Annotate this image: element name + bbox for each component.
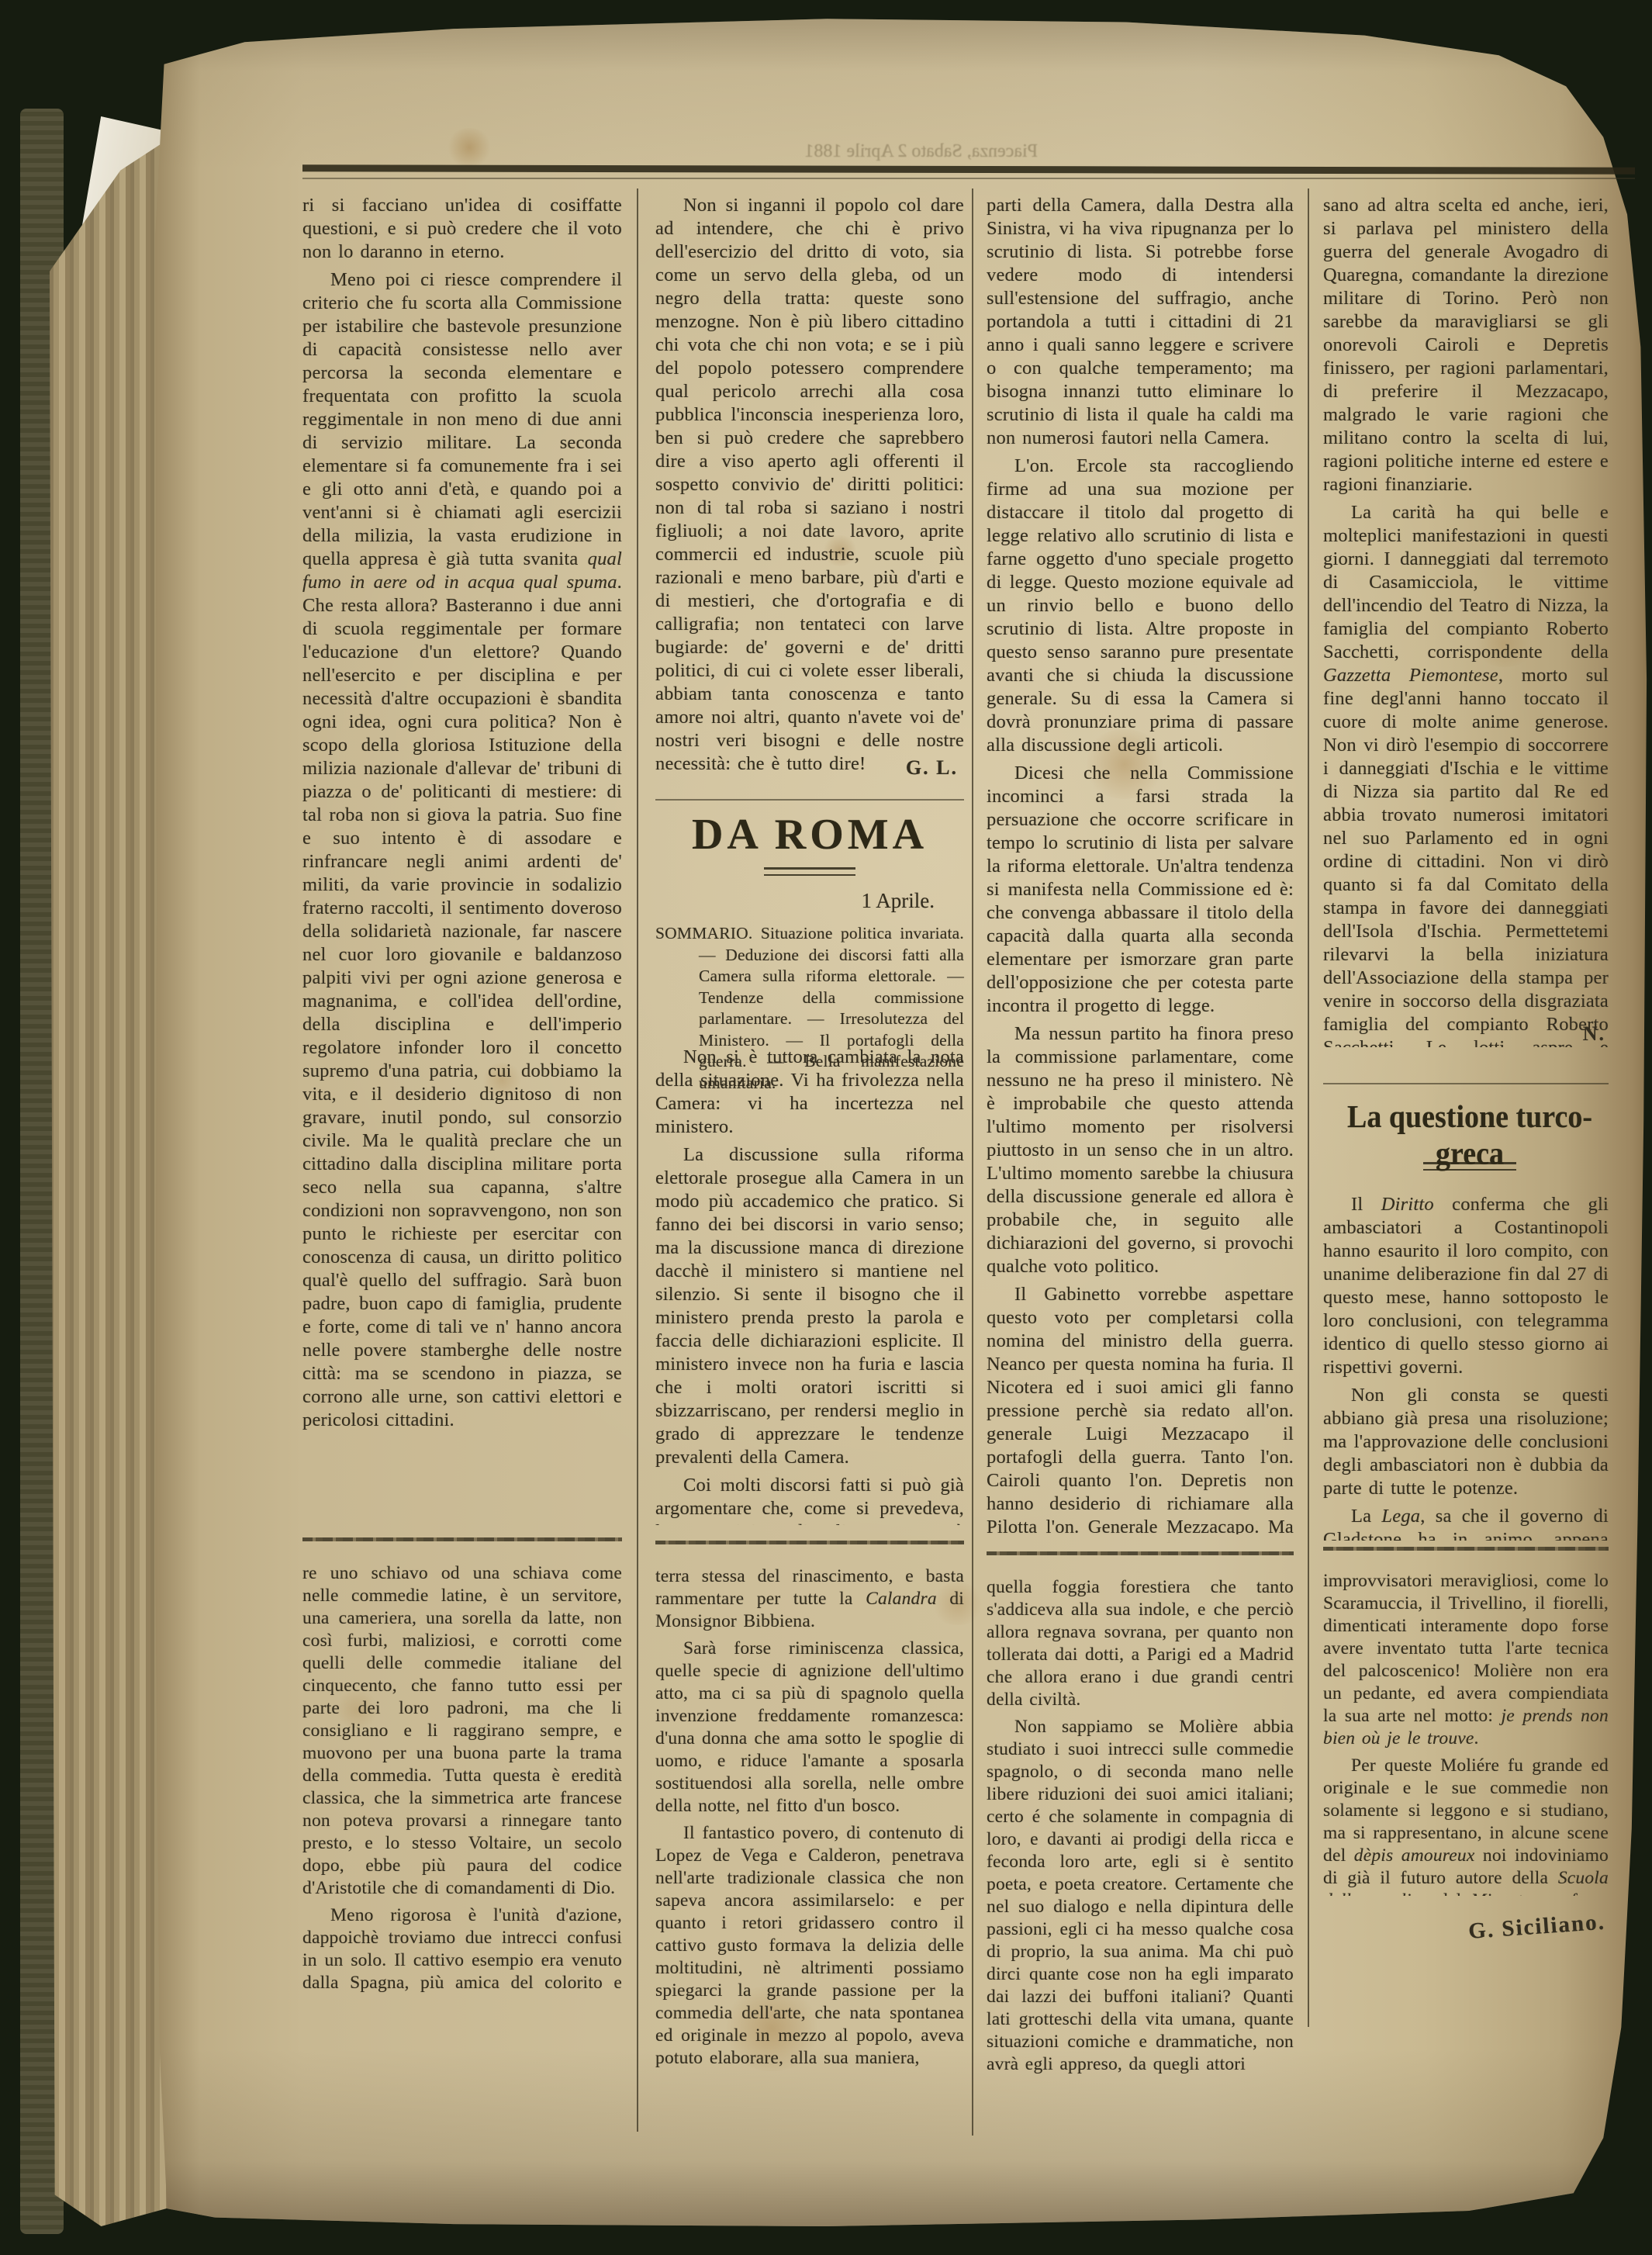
paragraph: La Lega, sa che il governo di Gladstone … [1323,1505,1609,1541]
column-rule-2 [972,188,973,2136]
column-3-feuilleton-text: quella foggia forestiera che tanto s'add… [987,1576,1294,2119]
ghost-running-head: Piacenza, Sabato 2 Aprile 1881 [790,141,1038,162]
feuilleton-divider-col2 [655,1541,964,1544]
column-rule-3 [1308,188,1309,2027]
paragraph: Non sappiamo se Molière abbia studiato i… [987,1716,1294,2076]
paragraph: Non gli consta se questi abbiano già pre… [1323,1384,1609,1500]
column-2-feuilleton-text: terra stessa del rinascimento, e basta r… [655,1565,964,2130]
turco-greca-headline-rule [1423,1162,1516,1171]
article-signature-n: N. [1497,1022,1605,1046]
paragraph: parti della Camera, dalla Destra alla Si… [987,194,1294,450]
paragraph: Ma nessun partito ha finora preso la com… [987,1022,1294,1278]
column-4-feuilleton-text: improvvisatori meravigliosi, come lo Sca… [1323,1570,1609,1896]
paragraph: Il fantastico povero, di contenuto di Lo… [655,1822,964,2070]
paragraph: re uno schiavo od una schiava come nelle… [302,1562,622,1900]
scanned-newspaper-page: Piacenza, Sabato 2 Aprile 1881 ri si fac… [0,0,1652,2255]
masthead-rule [302,164,1635,175]
feuilleton-divider-col4 [1323,1547,1609,1551]
dateline: 1 Aprile. [655,889,935,913]
printed-content: Piacenza, Sabato 2 Aprile 1881 ri si fac… [0,0,1652,2255]
column-1-article-text: ri si facciano un'idea di cosiffatte que… [302,194,622,1524]
paragraph: Il Gabinetto vorrebbe aspettare questo v… [987,1283,1294,1534]
paragraph: quella foggia forestiera che tanto s'add… [987,1576,1294,1711]
paragraph: Sarà forse riminiscenza classica, quelle… [655,1638,964,1817]
article-end-rule [655,799,964,801]
column-1-feuilleton-text: re uno schiavo od una schiava come nelle… [302,1562,622,1997]
paragraph: Meno poi ci riesce comprendere il criter… [302,268,622,1432]
paragraph: terra stessa del rinascimento, e basta r… [655,1565,964,1633]
paragraph: La carità ha qui belle e molteplici mani… [1323,501,1609,1047]
column-rule-1 [637,188,638,2132]
paragraph: Coi molti discorsi fatti si può già argo… [655,1474,964,1525]
paragraph: Meno rigorosa è l'unità d'azione, dappoi… [302,1904,622,1997]
paragraph: sano ad altra scelta ed anche, ieri, si … [1323,194,1609,496]
paragraph: L'on. Ercole sta raccogliendo firme ad u… [987,455,1294,757]
paragraph: Non si inganni il popolo col dare ad int… [655,194,964,776]
column-4-turco-greca-body: Il Diritto conferma che gli ambasciatori… [1323,1193,1609,1541]
column-2-article-text: Non si inganni il popolo col dare ad int… [655,194,964,785]
feuilleton-divider-col3 [987,1551,1294,1555]
paragraph: Non si è tuttora cambiata la nota della … [655,1046,964,1139]
article-signature-gl: G. L. [849,756,958,780]
paragraph: improvvisatori meravigliosi, come lo Sca… [1323,1570,1609,1750]
da-roma-headline: DA ROMA [655,810,964,859]
paragraph: La discussione sulla riforma elettorale … [655,1143,964,1469]
feuilleton-divider-col1 [302,1537,622,1541]
masthead-rule-thin [302,178,1635,179]
column-3-article-text: parti della Camera, dalla Destra alla Si… [987,194,1294,1534]
feuilleton-signature: G. Siciliano. [1419,1910,1606,1949]
section-rule [1323,1083,1609,1084]
paragraph: Per queste Moliére fu grande ed original… [1323,1755,1609,1896]
column-4-article-text: sano ad altra scelta ed anche, ieri, si … [1323,194,1609,1047]
column-2-da-roma-body: Non si è tuttora cambiata la nota della … [655,1046,964,1525]
da-roma-headline-rule [764,867,855,876]
paragraph: Il Diritto conferma che gli ambasciatori… [1323,1193,1609,1379]
paragraph: ri si facciano un'idea di cosiffatte que… [302,194,622,264]
paragraph: Dicesi che nella Commissione incominci a… [987,762,1294,1018]
